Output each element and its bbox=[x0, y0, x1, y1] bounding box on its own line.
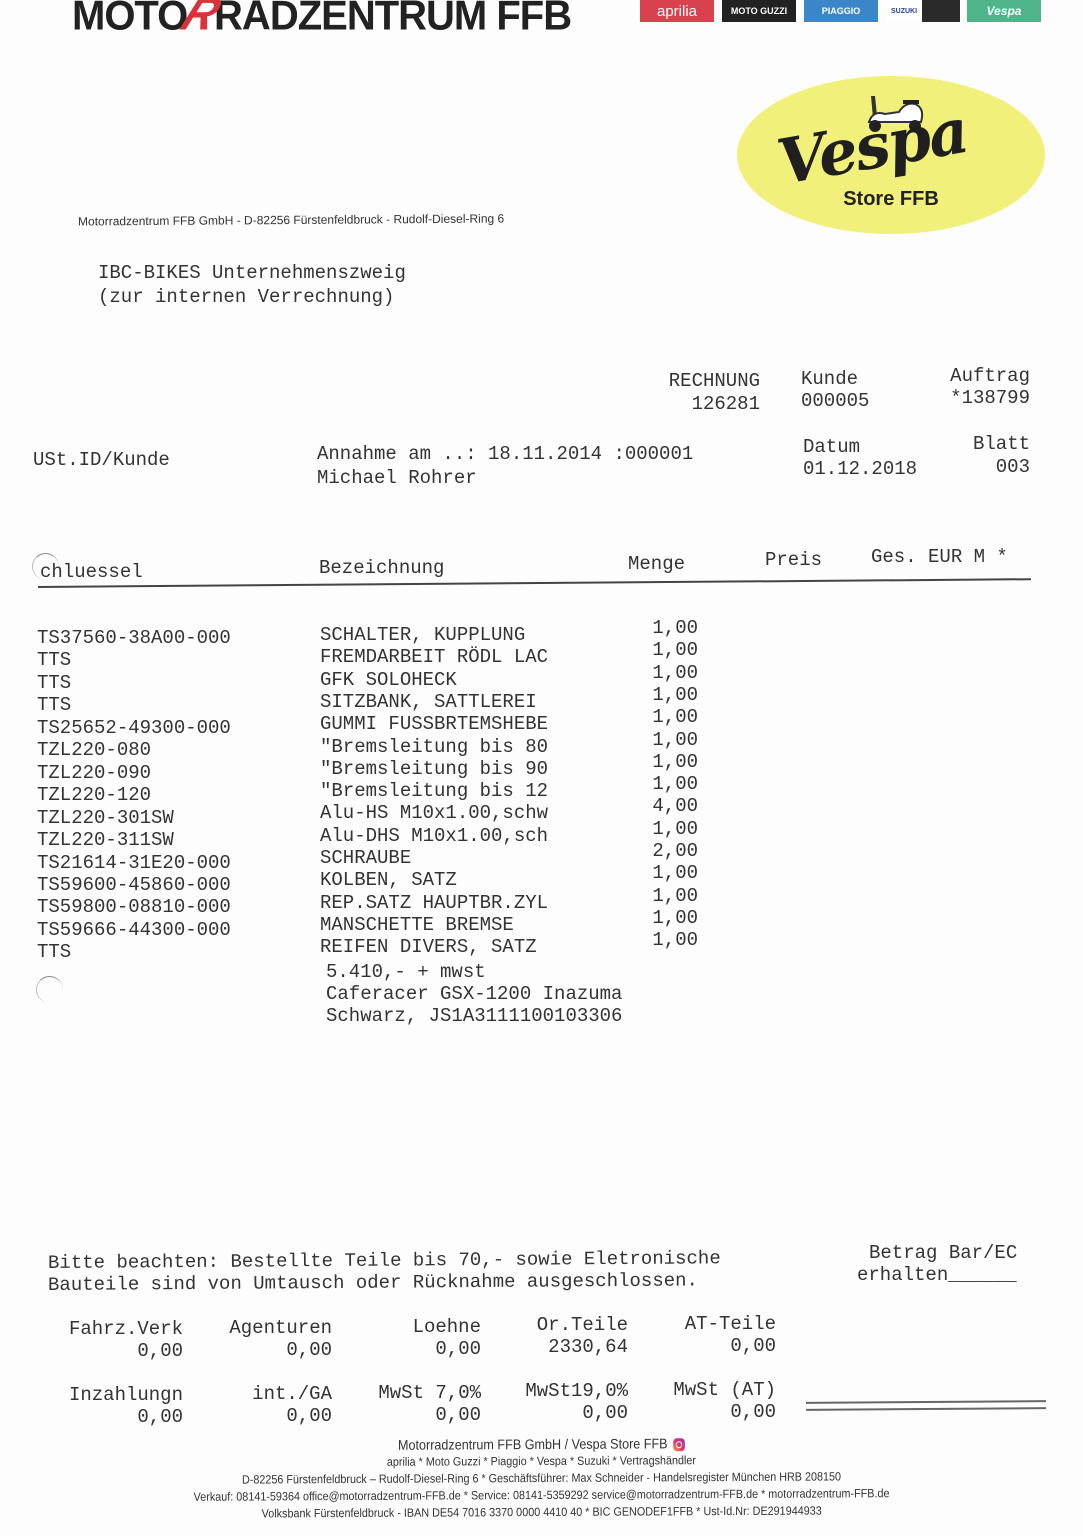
item-description: "Bremsleitung bis 90 bbox=[320, 758, 548, 780]
item-key: TZL220-120 bbox=[37, 784, 151, 806]
brand-text-left: MOTO bbox=[72, 0, 187, 39]
total-label: Fahrz.Verk bbox=[69, 1318, 183, 1340]
total-value: 0,00 bbox=[286, 1339, 332, 1361]
item-description: SITZBANK, SATTLEREI bbox=[320, 691, 537, 713]
item-key: TTS bbox=[37, 672, 71, 694]
item-note: 5.410,- + mwst bbox=[326, 961, 486, 983]
total-label: AT-Teile bbox=[685, 1313, 776, 1335]
item-description: KOLBEN, SATZ bbox=[320, 869, 457, 891]
kunde-number: 000005 bbox=[801, 390, 869, 412]
item-key: TZL220-311SW bbox=[37, 829, 174, 851]
item-quantity: 2,00 bbox=[652, 840, 698, 862]
col-header-bezeichnung: Bezeichnung bbox=[319, 557, 444, 579]
item-quantity: 1,00 bbox=[652, 818, 698, 840]
item-description: REIFEN DIVERS, SATZ bbox=[320, 936, 537, 958]
total-value: 0,00 bbox=[435, 1338, 481, 1360]
rechnung-number: 126281 bbox=[692, 393, 760, 415]
item-note: Caferacer GSX-1200 Inazuma bbox=[326, 983, 622, 1005]
total-label: MwSt (AT) bbox=[673, 1379, 776, 1401]
item-description: MANSCHETTE BREMSE bbox=[320, 914, 514, 936]
instagram-icon[interactable] bbox=[673, 1438, 685, 1451]
recipient-line-1: IBC-BIKES Unternehmenszweig bbox=[98, 262, 406, 284]
vespa-wordmark: Vespa bbox=[772, 94, 972, 199]
col-header-preis: Preis bbox=[765, 549, 822, 571]
aprilia-logo: aprilia bbox=[640, 0, 714, 22]
item-quantity: 1,00 bbox=[652, 729, 698, 751]
footer-company: Motorradzentrum FFB GmbH / Vespa Store F… bbox=[398, 1435, 668, 1452]
item-description: SCHALTER, KUPPLUNG bbox=[320, 624, 525, 646]
auftrag-number: *138799 bbox=[950, 387, 1030, 409]
total-value: 0,00 bbox=[137, 1406, 183, 1428]
item-key: TS59666-44300-000 bbox=[37, 919, 231, 941]
item-description: Alu-HS M10x1.00,schw bbox=[320, 802, 548, 824]
contact-name: Michael Rohrer bbox=[317, 467, 477, 489]
blatt-label: Blatt bbox=[973, 433, 1030, 455]
item-note: Schwarz, JS1A3111100103306 bbox=[326, 1005, 622, 1027]
total-label: Agenturen bbox=[229, 1317, 332, 1339]
datum-label: Datum bbox=[803, 436, 860, 458]
total-label: MwSt19,0% bbox=[525, 1380, 628, 1402]
total-label: Inzahlungn bbox=[69, 1384, 183, 1406]
item-quantity: 1,00 bbox=[652, 751, 698, 773]
item-quantity: 1,00 bbox=[652, 907, 698, 929]
vespa-store-logo: Vespa Store FFB bbox=[737, 76, 1045, 234]
item-description: "Bremsleitung bis 80 bbox=[320, 736, 548, 758]
item-description: GFK SOLOHECK bbox=[320, 669, 457, 691]
total-value: 0,00 bbox=[286, 1405, 332, 1427]
punch-hole-mark bbox=[36, 976, 63, 1003]
moto-guzzi-logo: MOTO GUZZI bbox=[722, 0, 796, 22]
vespa-small-logo: Vespa bbox=[967, 0, 1041, 22]
item-quantity: 1,00 bbox=[652, 885, 698, 907]
col-header-ges-eur: Ges. EUR M * bbox=[871, 546, 1008, 568]
item-key: TZL220-301SW bbox=[37, 807, 174, 829]
item-quantity: 1,00 bbox=[652, 862, 698, 884]
header-divider bbox=[38, 578, 1031, 588]
total-value: 2330,64 bbox=[548, 1336, 628, 1358]
item-key: TTS bbox=[37, 941, 71, 963]
sender-address: Motorradzentrum FFB GmbH - D-82256 Fürst… bbox=[78, 212, 504, 229]
item-key: TS25652-49300-000 bbox=[37, 717, 231, 739]
rechnung-label: RECHNUNG bbox=[669, 370, 760, 392]
piaggio-logo: PIAGGIO bbox=[804, 0, 878, 22]
total-value: 0,00 bbox=[582, 1402, 628, 1424]
item-quantity: 1,00 bbox=[652, 639, 698, 661]
footer: Motorradzentrum FFB GmbH / Vespa Store F… bbox=[0, 1433, 1083, 1524]
suzuki-logo: SUZUKI bbox=[886, 0, 922, 22]
vespa-store-subtitle: Store FFB bbox=[737, 188, 1045, 211]
item-key: TS59800-08810-000 bbox=[37, 896, 231, 918]
item-quantity: 4,00 bbox=[652, 795, 698, 817]
blatt-value: 003 bbox=[996, 456, 1030, 478]
total-label: Or.Teile bbox=[537, 1314, 628, 1336]
col-header-menge: Menge bbox=[628, 553, 685, 575]
item-quantity: 1,00 bbox=[652, 929, 698, 951]
item-key: TS59600-45860-000 bbox=[37, 874, 231, 896]
total-label: int./GA bbox=[252, 1383, 332, 1405]
total-value: 0,00 bbox=[435, 1404, 481, 1426]
total-value: 0,00 bbox=[137, 1340, 183, 1362]
item-quantity: 1,00 bbox=[652, 617, 698, 639]
total-label: MwSt 7,0% bbox=[378, 1382, 481, 1404]
item-description: FREMDARBEIT RÖDL LAC bbox=[320, 646, 548, 668]
item-description: SCHRAUBE bbox=[320, 847, 411, 869]
betrag-label: Betrag Bar/EC bbox=[869, 1242, 1017, 1264]
item-key: TTS bbox=[37, 694, 71, 716]
item-key: TZL220-090 bbox=[37, 762, 151, 784]
item-description: GUMMI FUSSBRTEMSHEBE bbox=[320, 713, 548, 735]
total-double-underline bbox=[806, 1400, 1046, 1411]
total-label: Loehne bbox=[413, 1316, 481, 1338]
betrag-received-field: erhalten______ bbox=[857, 1264, 1017, 1286]
auftrag-label: Auftrag bbox=[950, 365, 1030, 387]
partner-logo bbox=[922, 0, 960, 22]
item-key: TTS bbox=[37, 649, 71, 671]
col-header-schluessel: chluessel bbox=[40, 561, 143, 583]
item-description: "Bremsleitung bis 12 bbox=[320, 780, 548, 802]
item-description: Alu-DHS M10x1.00,sch bbox=[320, 825, 548, 847]
total-value: 0,00 bbox=[730, 1401, 776, 1423]
notice-line-2: Bauteile sind von Umtausch oder Rücknahm… bbox=[48, 1269, 698, 1296]
recipient-line-2: (zur internen Verrechnung) bbox=[98, 286, 394, 308]
item-key: TS37560-38A00-000 bbox=[37, 627, 231, 649]
brand-logo: MOTORRADZENTRUM FFB bbox=[72, 0, 571, 41]
kunde-label: Kunde bbox=[801, 368, 858, 390]
ust-id-label: USt.ID/Kunde bbox=[33, 449, 170, 471]
datum-value: 01.12.2018 bbox=[803, 458, 917, 480]
item-quantity: 1,00 bbox=[652, 773, 698, 795]
item-quantity: 1,00 bbox=[652, 662, 698, 684]
brand-text-right: RADZENTRUM FFB bbox=[214, 0, 571, 39]
item-key: TS21614-31E20-000 bbox=[37, 852, 231, 874]
total-value: 0,00 bbox=[730, 1335, 776, 1357]
item-description: REP.SATZ HAUPTBR.ZYL bbox=[320, 892, 548, 914]
annahme-info: Annahme am ..: 18.11.2014 :000001 bbox=[317, 443, 693, 465]
item-quantity: 1,00 bbox=[652, 684, 698, 706]
item-quantity: 1,00 bbox=[652, 706, 698, 728]
item-key: TZL220-080 bbox=[37, 739, 151, 761]
